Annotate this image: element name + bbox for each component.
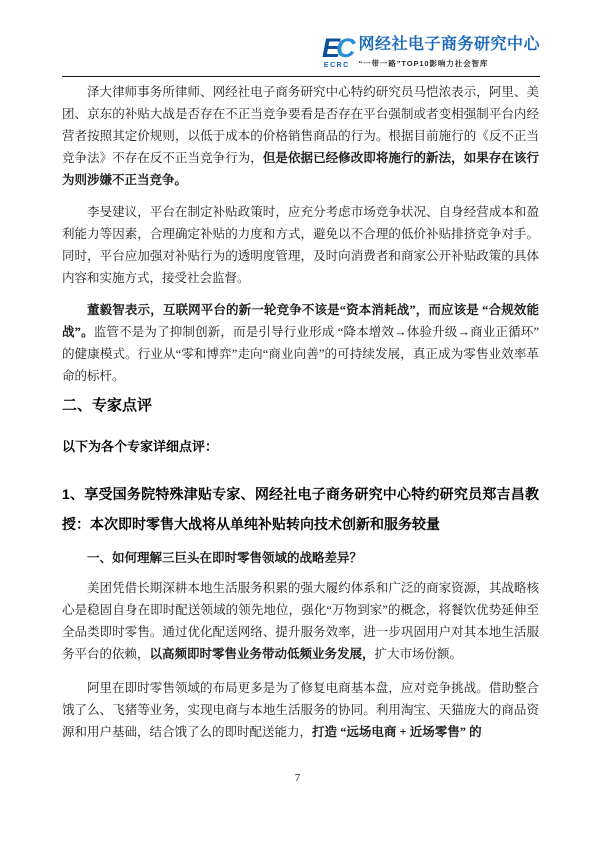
logo-tagline: “一带一路”TOP10影响力社会智库	[358, 58, 540, 69]
logo-text-block: 网经社电子商务研究中心 “一带一路”TOP10影响力社会智库	[358, 36, 540, 69]
text-run: 监管不是为了抑制创新，而是引导行业形成 “降本增效→体验升级→商业正循环” 的健…	[62, 325, 539, 383]
document-body: 泽大律师事务所律师、网经社电子商务研究中心特约研究员马恺浓表示，阿里、美团、京东…	[62, 81, 539, 753]
section-heading-expert-comments: 二、专家点评	[62, 397, 539, 415]
section-intro: 以下为各个专家详细点评：	[62, 439, 539, 455]
logo-letter-e: E	[322, 33, 336, 63]
logo-letter-c: C	[336, 33, 352, 63]
document-page: EC ECRC 网经社电子商务研究中心 “一带一路”TOP10影响力社会智库 泽…	[0, 0, 595, 841]
text-run-bold: 以高频即时零售业务带动低频业务发展，	[150, 647, 375, 661]
paragraph-limin-advice: 李旻建议，平台在制定补贴政策时，应充分考虑市场竞争状况、自身经营成本和盈利能力等…	[62, 201, 539, 289]
expert-1-heading: 1、享受国务院特殊津贴专家、网经社电子商务研究中心特约研究员郑吉昌教授：本次即时…	[62, 479, 539, 539]
logo-acronym: ECRC	[324, 62, 350, 69]
paragraph-meituan-strategy: 美团凭借长期深耕本地生活服务积累的强大履约体系和广泛的商家资源，其战略核心是稳固…	[62, 577, 539, 665]
ecrc-logo-icon: EC ECRC	[322, 36, 352, 69]
question-heading: 一、如何理解三巨头在即时零售领域的战略差异？	[62, 547, 539, 569]
text-run-bold: 打造 “远场电商 + 近场零售” 的	[312, 725, 482, 739]
paragraph-alibaba-strategy: 阿里在即时零售领域的布局更多是为了修复电商基本盘，应对竞争挑战。借助整合饿了么、…	[62, 677, 539, 743]
header-divider	[62, 76, 540, 77]
company-logo: EC ECRC 网经社电子商务研究中心 “一带一路”TOP10影响力社会智库	[322, 36, 540, 69]
paragraph-lawyer-comment: 泽大律师事务所律师、网经社电子商务研究中心特约研究员马恺浓表示，阿里、美团、京东…	[62, 81, 539, 191]
text-run: 李旻建议，平台在制定补贴政策时，应充分考虑市场竞争状况、自身经营成本和盈利能力等…	[62, 205, 539, 285]
ec-monogram-icon: EC	[322, 36, 352, 60]
text-run: 扩大市场份额。	[375, 647, 463, 661]
page-number: 7	[0, 772, 595, 784]
logo-title: 网经社电子商务研究中心	[358, 36, 540, 54]
paragraph-dongyizhi-comment: 董毅智表示，互联网平台的新一轮竞争不该是“资本消耗战”，而应该是 “合规效能战”…	[62, 299, 539, 387]
